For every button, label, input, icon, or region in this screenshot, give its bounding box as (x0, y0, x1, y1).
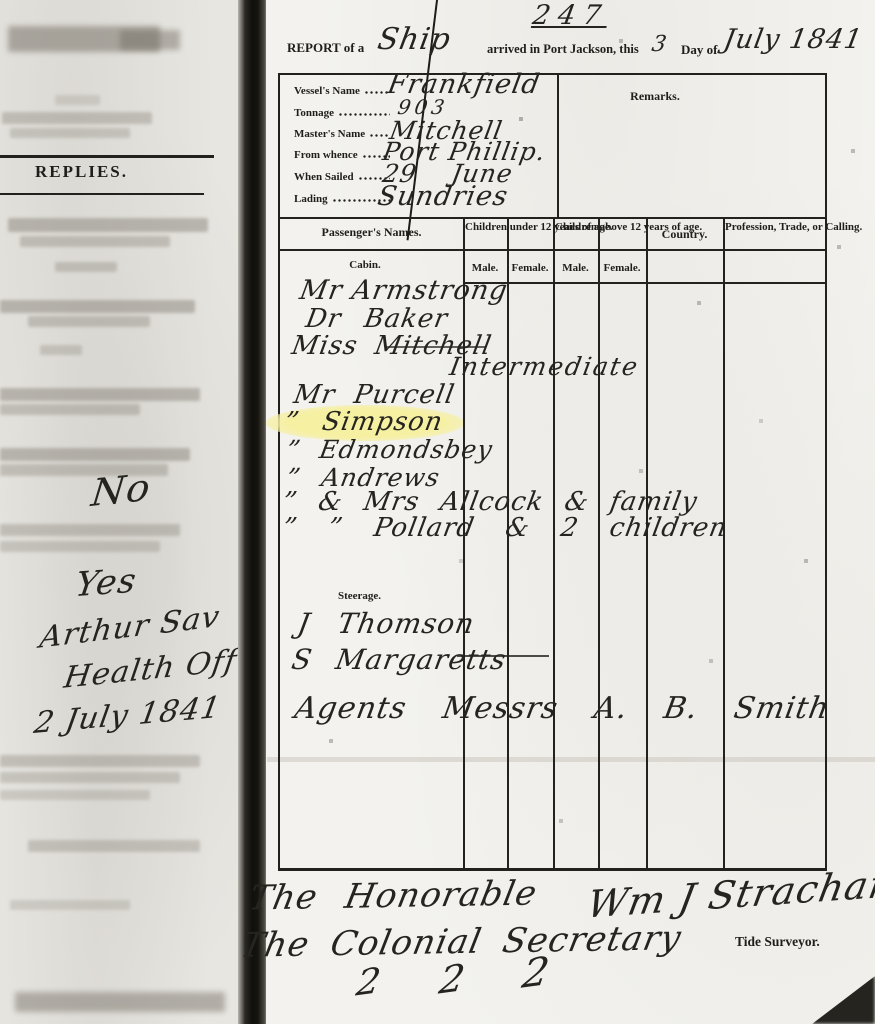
field-lading: Lading (294, 189, 390, 205)
header-passenger-names: Passenger's Names. (280, 225, 463, 239)
scan-speckles (0, 0, 2, 2)
passenger-baker: Dr Baker (303, 304, 450, 334)
passenger-armstrong: Mr Armstrong (297, 275, 510, 306)
passenger-purcell: Mr Purcell (291, 380, 457, 410)
handwritten-answer-yes: Yes (73, 561, 139, 605)
replies-heading: REPLIES. (35, 162, 128, 182)
agents-line: Agents Messrs A. B. Smith (292, 691, 832, 726)
subheader-divider (463, 282, 825, 284)
field-from-whence: From whence (294, 145, 390, 161)
subheader-female-above: Female. (598, 262, 646, 275)
replies-rule-bottom (0, 193, 204, 195)
subheader-cabin: Cabin. (280, 259, 450, 272)
report-form-box: Remarks. Vessel's Name Tonnage Master's … (278, 73, 827, 871)
replies-rule-top (0, 155, 214, 158)
subheader-female-under: Female. (507, 262, 553, 275)
remarks-label: Remarks. (580, 89, 730, 104)
field-tonnage: Tonnage (294, 103, 390, 119)
remarks-divider (557, 75, 559, 217)
passenger-edmondsbey: ” Edmondsbey (284, 435, 495, 464)
tide-surveyor-label: Tide Surveyor. (735, 934, 820, 950)
field-masters-name: Master's Name (294, 124, 390, 140)
passenger-simpson: ” Simpson (282, 407, 445, 437)
subheader-male-above: Male. (553, 262, 598, 275)
intermediate-heading: Intermediate (447, 352, 641, 381)
subheader-male-under: Male. (463, 262, 507, 275)
scanned-document: REPLIES. No Yes Arthur Sav Health Off 2 … (0, 0, 875, 1024)
addressee-line1: The Honorable (246, 874, 541, 919)
lading-value: Sundries (375, 181, 510, 212)
vessel-type-handwritten: Ship (375, 22, 454, 57)
report-of-label: REPORT of a (287, 40, 364, 56)
arrival-date-handwritten: July 1841 (721, 24, 865, 55)
passenger-thomson: J Thomson (295, 607, 477, 640)
handwritten-answer-no: No (89, 465, 153, 515)
arrived-label: arrived in Port Jackson, this (487, 42, 639, 57)
day-of-label: Day of (681, 42, 717, 58)
steerage-label: Steerage. (338, 590, 381, 602)
passenger-pollard: ” ” Pollard & 2 children (280, 513, 729, 543)
field-when-sailed: When Sailed (294, 167, 390, 183)
handwritten-signature-title: Health Off (62, 643, 240, 695)
page-number: 247 (530, 0, 611, 31)
header-country: Country. (646, 227, 723, 241)
dotted-leader (338, 113, 390, 116)
header-profession: Profession, Trade, or Calling. (725, 221, 825, 234)
passenger-margaretts: S Margaretts (289, 643, 509, 676)
left-page: REPLIES. No Yes Arthur Sav Health Off 2 … (0, 0, 243, 1024)
handwritten-date: 2 July 1841 (32, 690, 224, 741)
field-vessel-name: Vessel's Name (294, 81, 390, 97)
